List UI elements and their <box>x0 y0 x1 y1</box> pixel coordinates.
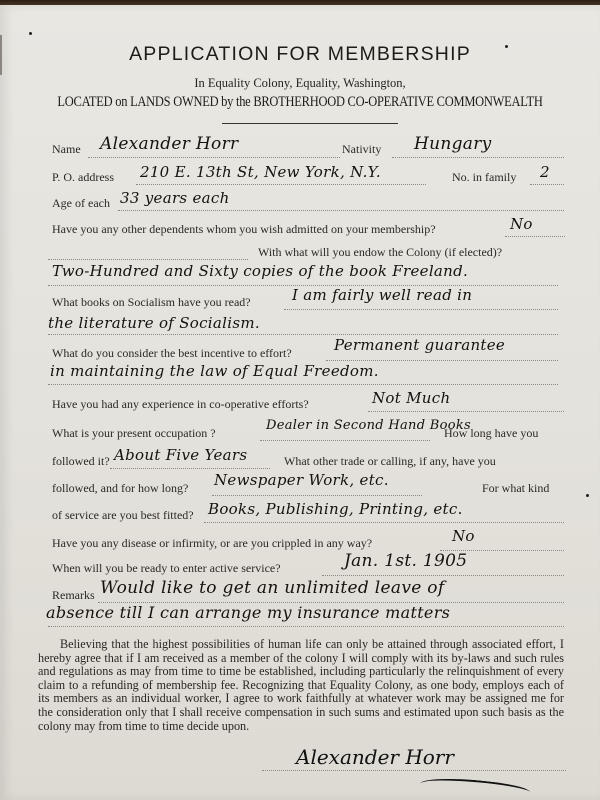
disease-label: Have you any disease or infirmity, or ar… <box>52 536 372 551</box>
nativity-field-line <box>392 157 564 158</box>
applicant-signature[interactable]: Alexander Horr <box>296 745 454 769</box>
occupation-field-line <box>260 440 430 441</box>
family-value[interactable]: 2 <box>540 163 550 181</box>
disease-value[interactable]: No <box>452 527 475 545</box>
form-title: APPLICATION FOR MEMBERSHIP <box>0 43 600 66</box>
ready-field-line <box>322 575 564 576</box>
endow-label: With what will you endow the Colony (if … <box>258 245 502 260</box>
incentive-value-line-2[interactable]: in maintaining the law of Equal Freedom. <box>50 362 379 380</box>
books-value-line-1[interactable]: I am fairly well read in <box>292 286 472 304</box>
other-trade-label: What other trade or calling, if any, hav… <box>284 454 496 469</box>
form-location-line: LOCATED on LANDS OWNED by the BROTHERHOO… <box>42 94 558 111</box>
endow-value[interactable]: Two-Hundred and Sixty copies of the book… <box>52 262 468 280</box>
signature-line <box>262 770 566 771</box>
name-value[interactable]: Alexander Horr <box>100 134 238 154</box>
form-subtitle: In Equality Colony, Equality, Washington… <box>0 76 600 91</box>
books-value-line-2[interactable]: the literature of Socialism. <box>48 314 260 332</box>
name-field-line <box>88 157 340 158</box>
experience-value[interactable]: Not Much <box>372 389 450 407</box>
incentive-label: What do you consider the best incentive … <box>52 346 292 361</box>
dependents-label: Have you any other dependents whom you w… <box>52 222 436 237</box>
age-value[interactable]: 33 years each <box>120 189 230 207</box>
ready-label: When will you be ready to enter active s… <box>52 561 281 576</box>
occupation-value[interactable]: Dealer in Second Hand Books <box>266 418 471 433</box>
books-field-line-1 <box>284 309 558 310</box>
ready-value[interactable]: Jan. 1st. 1905 <box>344 551 467 571</box>
service-value[interactable]: Books, Publishing, Printing, etc. <box>208 500 463 518</box>
kind-label: For what kind <box>482 481 549 496</box>
how-long-label: How long have you <box>444 426 538 441</box>
name-label: Name <box>52 142 81 157</box>
po-address-field-line <box>136 184 426 185</box>
experience-label: Have you had any experience in co-operat… <box>52 397 309 412</box>
followed-long-value[interactable]: Newspaper Work, etc. <box>214 471 389 489</box>
ink-speck <box>29 32 32 35</box>
ink-speck <box>586 494 589 497</box>
followed-long-field-line <box>212 495 422 496</box>
po-address-value[interactable]: 210 E. 13th St, New York, N.Y. <box>140 163 381 181</box>
po-address-label: P. O. address <box>52 170 114 185</box>
followed-value[interactable]: About Five Years <box>114 446 247 464</box>
dependents-value[interactable]: No <box>510 215 533 233</box>
remarks-value-line-1[interactable]: Would like to get an unlimited leave of <box>100 578 444 598</box>
followed-long-label: followed, and for how long? <box>52 481 188 496</box>
remarks-label: Remarks <box>52 588 95 603</box>
remarks-field-line-2 <box>48 626 564 627</box>
nativity-value[interactable]: Hungary <box>414 134 492 154</box>
endow-leading-line <box>48 259 248 260</box>
occupation-label: What is your present occupation ? <box>52 426 216 441</box>
remarks-value-line-2[interactable]: absence till I can arrange my insurance … <box>46 603 450 622</box>
header-rule <box>222 123 398 124</box>
incentive-field-line-1 <box>326 360 558 361</box>
age-label: Age of each <box>52 196 110 211</box>
service-label: of service are you best fitted? <box>52 508 194 523</box>
followed-field-line <box>110 468 270 469</box>
books-label: What books on Socialism have you read? <box>52 295 251 310</box>
family-field-line <box>530 184 564 185</box>
books-field-line-2 <box>48 334 558 335</box>
followed-label: followed it? <box>52 454 110 469</box>
age-field-line <box>118 210 564 211</box>
service-field-line <box>204 522 564 523</box>
experience-field-line <box>368 411 564 412</box>
membership-agreement-text: Believing that the highest possibilities… <box>38 638 564 733</box>
incentive-value-line-1[interactable]: Permanent guarantee <box>334 336 505 354</box>
incentive-field-line-2 <box>48 384 558 385</box>
family-label: No. in family <box>452 170 516 185</box>
nativity-label: Nativity <box>342 142 381 157</box>
dependents-field-line <box>505 236 565 237</box>
